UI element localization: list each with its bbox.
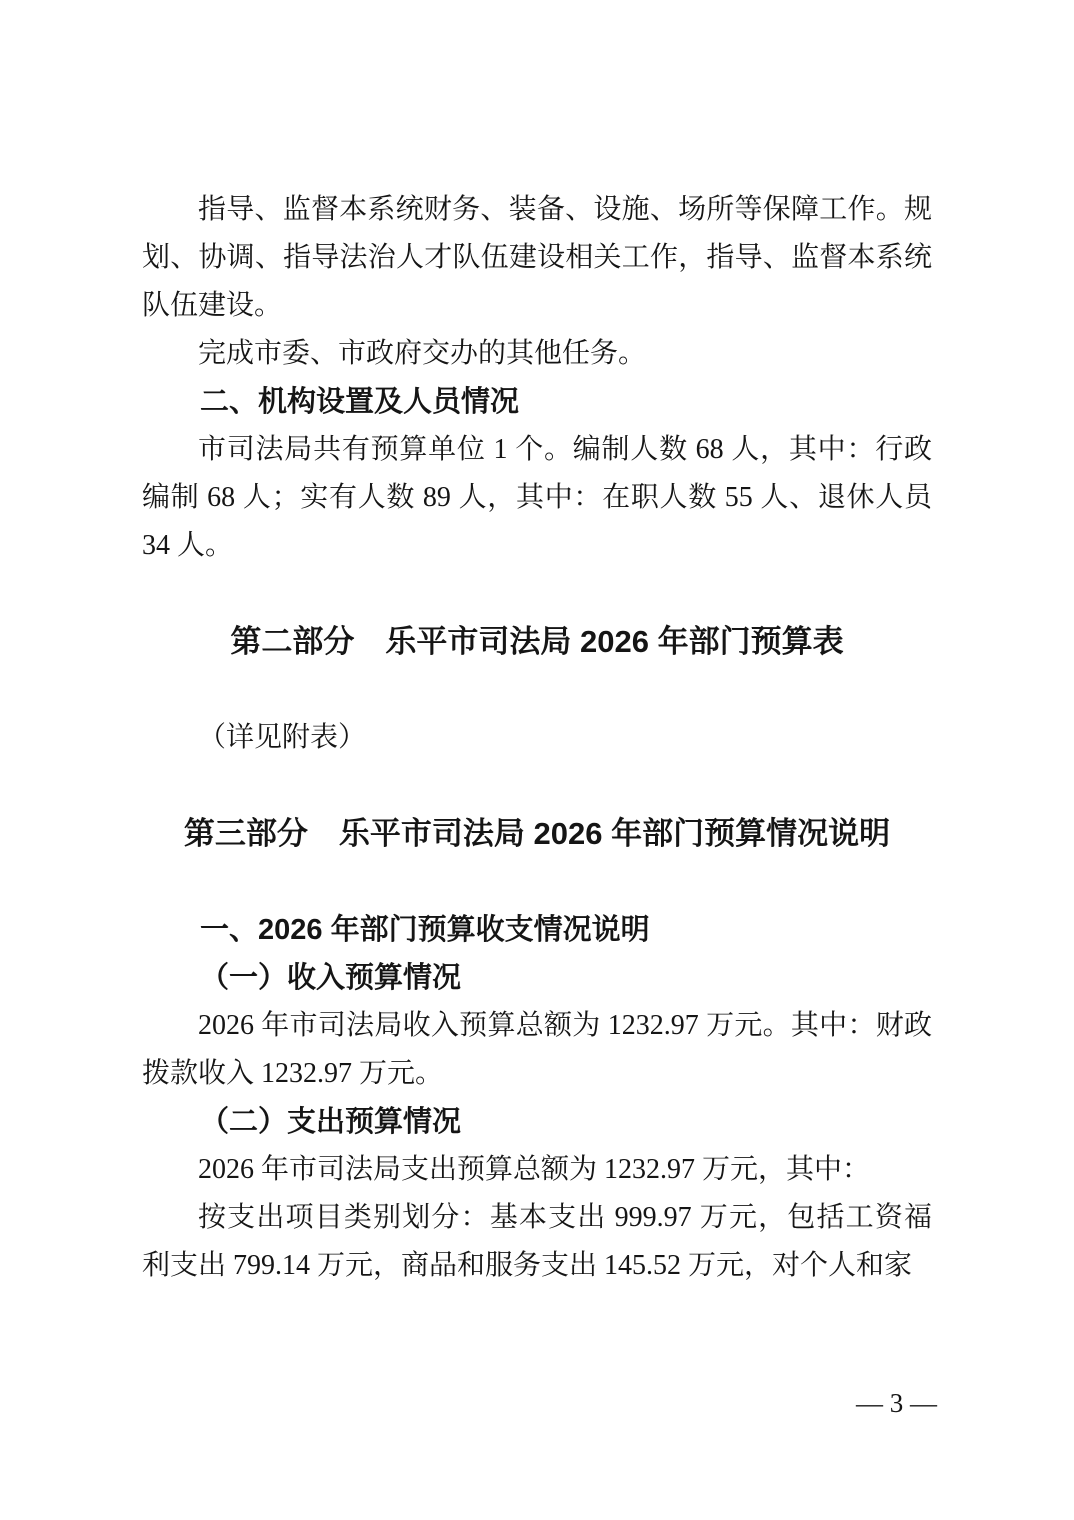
paragraph-other-tasks: 完成市委、市政府交办的其他任务。	[142, 330, 932, 378]
heading-income-budget: （一）收入预算情况	[142, 954, 932, 1002]
document-content: 指导、监督本系统财务、装备、设施、场所等保障工作。规划、协调、指导法治人才队伍建…	[142, 186, 932, 1290]
page-number: — 3 —	[856, 1388, 937, 1418]
paragraph-duties-continuation: 指导、监督本系统财务、装备、设施、场所等保障工作。规划、协调、指导法治人才队伍建…	[142, 186, 932, 330]
paragraph-see-attached-tables: （详见附表）	[142, 714, 932, 762]
paragraph-org-staffing: 市司法局共有预算单位 1 个。编制人数 68 人，其中：行政编制 68 人；实有…	[142, 426, 932, 570]
heading-budget-overview: 一、2026 年部门预算收支情况说明	[142, 906, 932, 954]
part3-title: 第三部分 乐平市司法局 2026 年部门预算情况说明	[142, 810, 932, 858]
heading-org-staffing: 二、机构设置及人员情况	[142, 378, 932, 426]
heading-expenditure-budget: （二）支出预算情况	[142, 1098, 932, 1146]
paragraph-expenditure-total: 2026 年市司法局支出预算总额为 1232.97 万元，其中：	[142, 1146, 932, 1194]
part2-title: 第二部分 乐平市司法局 2026 年部门预算表	[142, 618, 932, 666]
document-page: 指导、监督本系统财务、装备、设施、场所等保障工作。规划、协调、指导法治人才队伍建…	[0, 0, 1074, 1520]
paragraph-expenditure-breakdown: 按支出项目类别划分：基本支出 999.97 万元，包括工资福利支出 799.14…	[142, 1194, 932, 1290]
paragraph-income-budget: 2026 年市司法局收入预算总额为 1232.97 万元。其中：财政拨款收入 1…	[142, 1002, 932, 1098]
